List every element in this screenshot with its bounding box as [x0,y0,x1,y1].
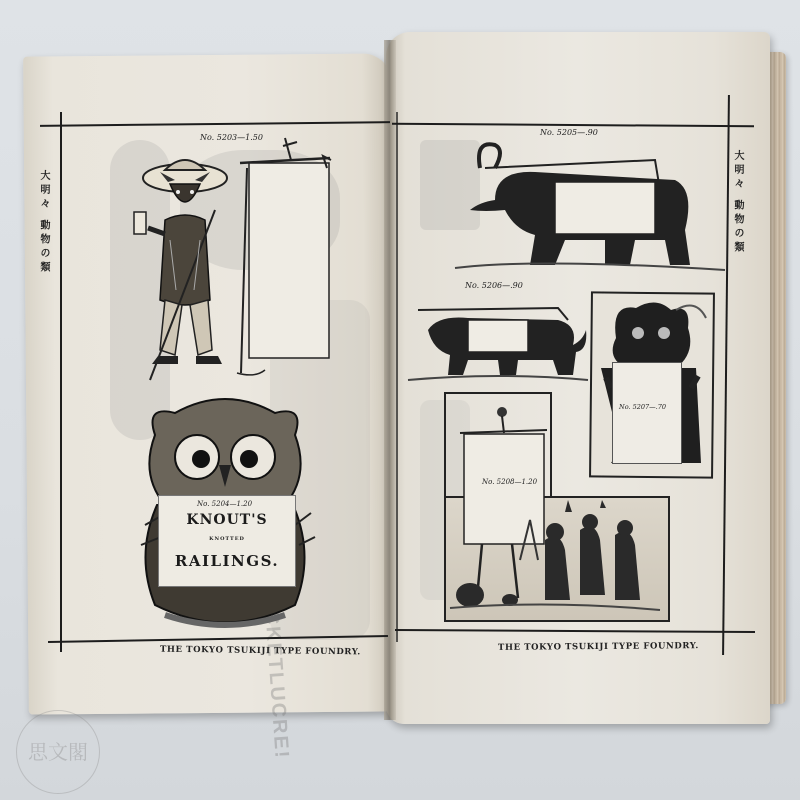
owl-sign-line-1: KNOUT'S [159,512,295,528]
open-book: EXPRESS FOR POCKETLUCRE! 大明々 動物の類 大明々 動物… [0,0,800,800]
owl-sign: No. 5204—1.20 KNOUT'S KNOTTED RAILINGS. [158,495,296,587]
inner-rule [396,112,398,642]
cut-caption: No. 5206—.90 [465,281,523,290]
watermark-seal: 思文閣 [16,710,100,794]
cut-caption: No. 5208—1.20 [482,478,537,486]
cut-caption: No. 5205—.90 [540,128,598,137]
elephant-illustration [455,140,725,275]
owl-sign-line-2: KNOTTED [159,536,295,542]
side-title-right: 大明々 動物の類 [730,150,745,255]
fox-illustration [120,150,250,390]
cut-caption: No. 5207—.70 [619,403,666,411]
mice-procession-illustration [450,500,660,615]
small-elephant-illustration [408,290,588,385]
left-rule [60,112,62,652]
page-footer-right: THE TOKYO TSUKIJI TYPE FOUNDRY. [498,641,699,653]
owl-sign-line-3: RAILINGS. [159,552,295,570]
book-gutter [384,40,396,720]
cat-sign: No. 5207—.70 [612,362,682,464]
side-title-left: 大明々 動物の類 [36,170,51,275]
blank-banner-illustration [235,138,345,378]
cut-caption: No. 5204—1.20 [197,500,252,508]
